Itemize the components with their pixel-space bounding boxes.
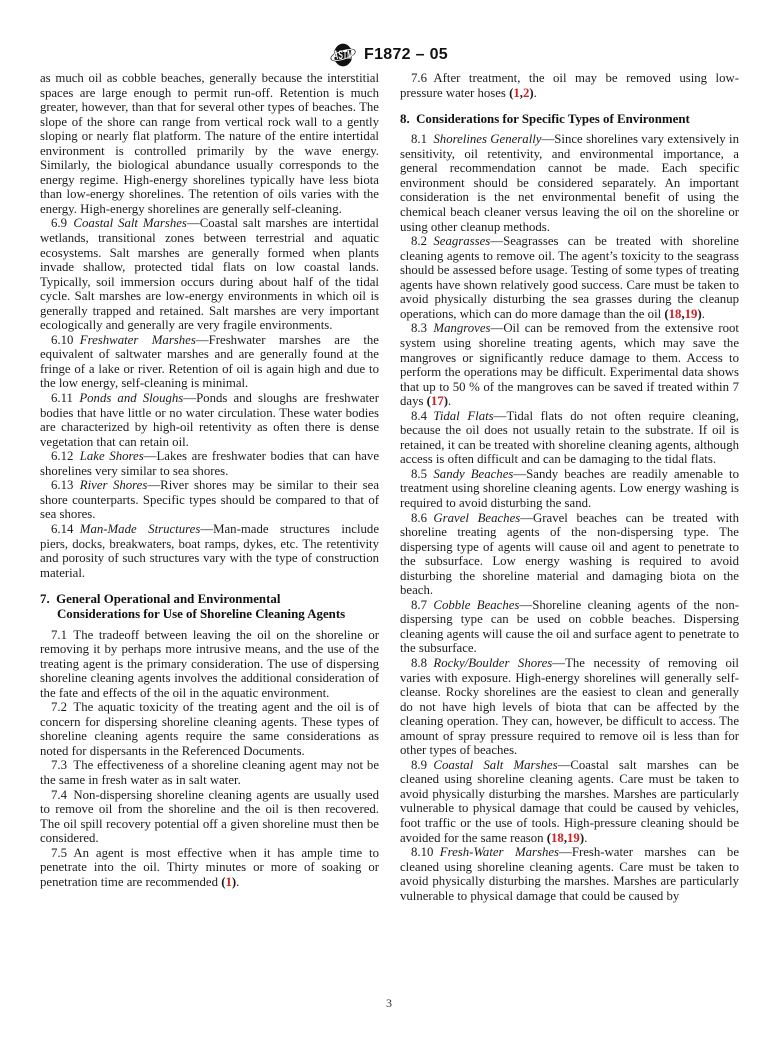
subsection-title: Man-Made Structures <box>80 522 201 536</box>
paragraph-number: 6.9 <box>51 216 73 230</box>
paragraph-7.5: 7.5 An agent is most effective when it h… <box>40 846 379 890</box>
paragraph-8.4: 8.4 Tidal Flats—Tidal flats do not often… <box>400 409 739 467</box>
reference-citation[interactable]: (18,19) <box>547 831 584 845</box>
standard-designation: F1872 – 05 <box>364 46 448 64</box>
paragraph-8.5: 8.5 Sandy Beaches—Sandy beaches are read… <box>400 467 739 511</box>
paragraph-8.3: 8.3 Mangroves—Oil can be removed from th… <box>400 321 739 408</box>
paragraph-number: 8.3 <box>411 321 433 335</box>
paragraph-7.1: 7.1 The tradeoff between leaving the oil… <box>40 628 379 701</box>
paragraph-number: 8.8 <box>411 656 433 670</box>
subsection-title: Freshwater Marshes <box>80 333 196 347</box>
reference-number[interactable]: 1 <box>225 875 231 889</box>
paragraph-number: 8.9 <box>411 758 433 772</box>
subsection-title: Fresh-Water Marshes <box>440 845 559 859</box>
paragraph-6.9: 6.9 Coastal Salt Marshes—Coastal salt ma… <box>40 216 379 332</box>
reference-number[interactable]: 18 <box>669 307 682 321</box>
paragraph-8.2: 8.2 Seagrasses—Seagrasses can be treated… <box>400 234 739 321</box>
paragraph-number: 7.2 <box>51 700 73 714</box>
subsection-title: Seagrasses <box>433 234 490 248</box>
paragraph-number: 8.5 <box>411 467 433 481</box>
reference-citation[interactable]: (1) <box>221 875 236 889</box>
section-number: 8. <box>400 112 416 126</box>
reference-citation[interactable]: (18,19) <box>664 307 701 321</box>
subsection-title: Cobble Beaches <box>433 598 519 612</box>
subsection-title: Tidal Flats <box>433 409 493 423</box>
paragraph-8.8: 8.8 Rocky/Boulder Shores—The necessity o… <box>400 656 739 758</box>
paragraph-number: 6.10 <box>51 333 80 347</box>
paragraph-number: 8.1 <box>411 132 433 146</box>
subsection-title: Mangroves <box>433 321 490 335</box>
section-number: 7. <box>40 592 56 606</box>
paragraph-6.11: 6.11 Ponds and Sloughs—Ponds and sloughs… <box>40 391 379 449</box>
reference-number[interactable]: 18 <box>551 831 564 845</box>
paragraph-8.9: 8.9 Coastal Salt Marshes—Coastal salt ma… <box>400 758 739 845</box>
reference-number[interactable]: 1 <box>513 86 519 100</box>
document-page: ASTM F1872 – 05 as much oil as cobble be… <box>0 0 778 1041</box>
reference-citation[interactable]: (17) <box>427 394 448 408</box>
paragraph-8.10: 8.10 Fresh-Water Marshes—Fresh-water mar… <box>400 845 739 903</box>
subsection-title: Coastal Salt Marshes <box>433 758 557 772</box>
paragraph-number: 6.12 <box>51 449 80 463</box>
paragraph-8.6: 8.6 Gravel Beaches—Gravel beaches can be… <box>400 511 739 598</box>
paragraph-number: 8.6 <box>411 511 433 525</box>
section-heading-7: 7. General Operational and Environmental… <box>40 592 379 622</box>
page-number: 3 <box>0 996 778 1011</box>
paragraph-number: 7.3 <box>51 758 73 772</box>
two-column-body: as much oil as cobble beaches, generally… <box>40 71 739 971</box>
paragraph-6.14: 6.14 Man-Made Structures—Man-made struct… <box>40 522 379 580</box>
paragraph-7.4: 7.4 Non-dispersing shoreline cleaning ag… <box>40 788 379 846</box>
subsection-title: River Shores <box>80 478 148 492</box>
right-column: 7.6 After treatment, the oil may be remo… <box>400 71 739 971</box>
paragraph-number: 8.2 <box>411 234 433 248</box>
paragraph-number: 8.10 <box>411 845 440 859</box>
section-heading-8: 8. Considerations for Specific Types of … <box>400 112 739 127</box>
subsection-title: Rocky/Boulder Shores <box>433 656 552 670</box>
astm-logo-icon: ASTM <box>330 42 357 68</box>
subsection-title: Gravel Beaches <box>433 511 520 525</box>
subsection-title: Sandy Beaches <box>433 467 513 481</box>
paragraph-6.13: 6.13 River Shores—River shores may be si… <box>40 478 379 522</box>
paragraph-number: 7.5 <box>51 846 73 860</box>
reference-citation[interactable]: (1,2) <box>509 86 534 100</box>
paragraph-number: 6.14 <box>51 522 80 536</box>
paragraph-number: 6.13 <box>51 478 80 492</box>
subsection-title: Lake Shores <box>80 449 144 463</box>
paragraph-6.10: 6.10 Freshwater Marshes—Freshwater marsh… <box>40 333 379 391</box>
paragraph-number: 7.6 <box>411 71 433 85</box>
paragraph-continued: as much oil as cobble beaches, generally… <box>40 71 379 216</box>
paragraph-7.2: 7.2 The aquatic toxicity of the treating… <box>40 700 379 758</box>
reference-number[interactable]: 17 <box>431 394 444 408</box>
paragraph-7.6: 7.6 After treatment, the oil may be remo… <box>400 71 739 100</box>
subsection-title: Shorelines Generally <box>433 132 541 146</box>
paragraph-8.1: 8.1 Shorelines Generally—Since shoreline… <box>400 132 739 234</box>
paragraph-number: 7.4 <box>51 788 73 802</box>
paragraph-number: 8.7 <box>411 598 433 612</box>
subsection-title: Ponds and Sloughs <box>79 391 183 405</box>
subsection-title: Coastal Salt Marshes <box>73 216 187 230</box>
paragraph-number: 7.1 <box>51 628 73 642</box>
reference-number[interactable]: 2 <box>523 86 529 100</box>
paragraph-number: 6.11 <box>51 391 79 405</box>
paragraph-7.3: 7.3 The effectiveness of a shoreline cle… <box>40 758 379 787</box>
left-column: as much oil as cobble beaches, generally… <box>40 71 379 971</box>
reference-number[interactable]: 19 <box>685 307 698 321</box>
paragraph-6.12: 6.12 Lake Shores—Lakes are freshwater bo… <box>40 449 379 478</box>
paragraph-8.7: 8.7 Cobble Beaches—Shoreline cleaning ag… <box>400 598 739 656</box>
document-header: ASTM F1872 – 05 <box>0 40 778 70</box>
paragraph-number: 8.4 <box>411 409 433 423</box>
reference-number[interactable]: 19 <box>567 831 580 845</box>
